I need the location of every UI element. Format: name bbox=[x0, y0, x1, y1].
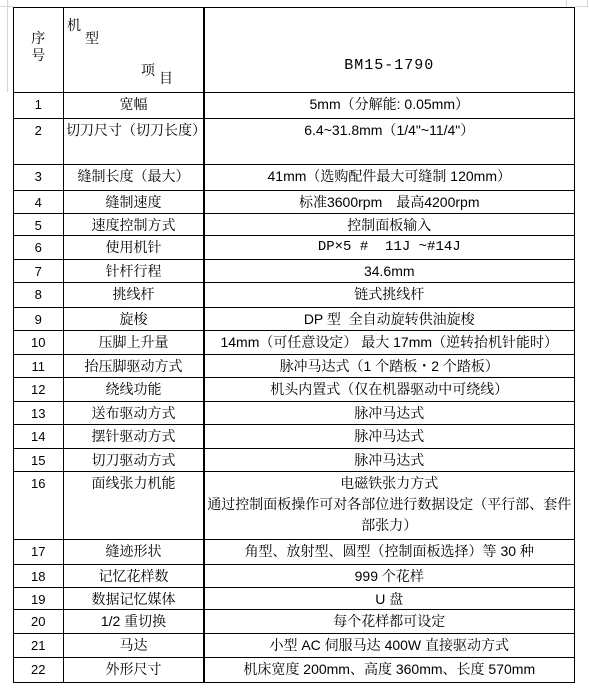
row-number: 17 bbox=[14, 540, 63, 564]
gridline-remnant bbox=[566, 0, 567, 7]
row-value: DP 型 全自动旋转供油旋梭 bbox=[205, 308, 575, 330]
row-number: 22 bbox=[14, 658, 63, 682]
row-value: 机床宽度 200mm、高度 360mm、长度 570mm bbox=[205, 658, 575, 682]
row-number: 14 bbox=[14, 425, 63, 448]
row-item-name: 面线张力机能 bbox=[64, 472, 203, 539]
row-item-name: 缝制长度（最大） bbox=[64, 165, 203, 190]
row-number: 11 bbox=[14, 355, 63, 377]
row-value: DP×5 # 11J ~#14J bbox=[205, 236, 575, 259]
gridline-remnant bbox=[0, 6, 13, 7]
row-value: 机头内置式（仅在机器驱动中可绕线） bbox=[205, 378, 575, 401]
row-value: 链式挑线杆 bbox=[205, 283, 575, 307]
header-序号-label: 序号 bbox=[31, 30, 46, 64]
row-number: 2 bbox=[14, 119, 63, 164]
row-item-name: 速度控制方式 bbox=[64, 214, 203, 235]
row-item-name: 旋梭 bbox=[64, 308, 203, 330]
row-item-name: 切刀驱动方式 bbox=[64, 449, 203, 471]
row-number: 16 bbox=[14, 472, 63, 539]
row-item-name: 宽幅 bbox=[64, 93, 203, 118]
row-number: 6 bbox=[14, 236, 63, 259]
row-number: 13 bbox=[14, 402, 63, 424]
gridline-remnant bbox=[7, 0, 8, 92]
row-number: 15 bbox=[14, 449, 63, 471]
row-item-name: 针杆行程 bbox=[64, 260, 203, 282]
model-name: BM15-1790 bbox=[344, 55, 434, 76]
spec-table: 序号 机型项目 BM15-1790 1宽幅5mm（分解能: 0.05mm）2切刀… bbox=[13, 7, 575, 683]
row-number: 8 bbox=[14, 283, 63, 307]
row-item-name: 缝制速度 bbox=[64, 191, 203, 213]
row-item-name: 1/2 重切换 bbox=[64, 610, 203, 633]
row-value: 小型 AC 伺服马达 400W 直接驱动方式 bbox=[205, 634, 575, 657]
row-value-line: 电磁铁张力方式 bbox=[340, 473, 438, 494]
row-value: 脉冲马达式 bbox=[205, 402, 575, 424]
row-number: 7 bbox=[14, 260, 63, 282]
row-item-name: 抬压脚驱动方式 bbox=[64, 355, 203, 377]
row-value: 电磁铁张力方式通过控制面板操作可对各部位进行数据设定（平行部、套件部张力） bbox=[205, 472, 575, 539]
row-item-name: 压脚上升量 bbox=[64, 331, 203, 354]
header-序号-cell: 序号 bbox=[14, 8, 63, 92]
row-number: 19 bbox=[14, 588, 63, 609]
row-number: 12 bbox=[14, 378, 63, 401]
row-number: 20 bbox=[14, 610, 63, 633]
row-value: 6.4~31.8mm（1/4"~11/4"） bbox=[205, 119, 575, 164]
row-value: 脉冲马达式（1 个踏板・2 个踏板） bbox=[205, 355, 575, 377]
row-item-name: 缝迹形状 bbox=[64, 540, 203, 564]
row-item-name: 使用机针 bbox=[64, 236, 203, 259]
row-item-name: 马达 bbox=[64, 634, 203, 657]
row-value: 脉冲马达式 bbox=[205, 425, 575, 448]
row-value: 每个花样都可设定 bbox=[205, 610, 575, 633]
row-value: 14mm（可任意设定） 最大 17mm（逆转抬机针能时） bbox=[205, 331, 575, 354]
row-item-name: 记忆花样数 bbox=[64, 565, 203, 587]
row-number: 18 bbox=[14, 565, 63, 587]
machine-type-label-char: 机 bbox=[67, 18, 81, 32]
row-item-name: 绕线功能 bbox=[64, 378, 203, 401]
row-number: 4 bbox=[14, 191, 63, 213]
row-item-name: 数据记忆媒体 bbox=[64, 588, 203, 609]
row-value: U 盘 bbox=[205, 588, 575, 609]
row-value: 控制面板输入 bbox=[205, 214, 575, 235]
item-label-char: 项 bbox=[141, 63, 155, 77]
row-value-line: 通过控制面板操作可对各部位进行数据设定（平行部、套件部张力） bbox=[207, 494, 573, 536]
row-value: 999 个花样 bbox=[205, 565, 575, 587]
item-label-char: 目 bbox=[159, 71, 173, 85]
row-value: 角型、放射型、圆型（控制面板选择）等 30 种 bbox=[205, 540, 575, 564]
row-value: 41mm（选购配件最大可缝制 120mm） bbox=[205, 165, 575, 190]
row-item-name: 送布驱动方式 bbox=[64, 402, 203, 424]
row-value: 5mm（分解能: 0.05mm） bbox=[205, 93, 575, 118]
row-value: 脉冲马达式 bbox=[205, 449, 575, 471]
row-number: 9 bbox=[14, 308, 63, 330]
row-number: 1 bbox=[14, 93, 63, 118]
row-item-name: 摆针驱动方式 bbox=[64, 425, 203, 448]
row-value: 标准3600rpm 最高4200rpm bbox=[205, 191, 575, 213]
header-machine-item-cell: 机型项目 bbox=[64, 8, 203, 92]
row-number: 3 bbox=[14, 165, 63, 190]
row-item-name: 切刀尺寸（切刀长度） bbox=[64, 119, 203, 164]
row-number: 10 bbox=[14, 331, 63, 354]
header-model-cell: BM15-1790 bbox=[205, 8, 575, 92]
row-item-name: 外形尺寸 bbox=[64, 658, 203, 682]
row-value: 34.6mm bbox=[205, 260, 575, 282]
row-number: 21 bbox=[14, 634, 63, 657]
gridline-remnant bbox=[587, 0, 588, 7]
row-number: 5 bbox=[14, 214, 63, 235]
row-item-name: 挑线杆 bbox=[64, 283, 203, 307]
machine-type-label-char: 型 bbox=[85, 31, 99, 45]
